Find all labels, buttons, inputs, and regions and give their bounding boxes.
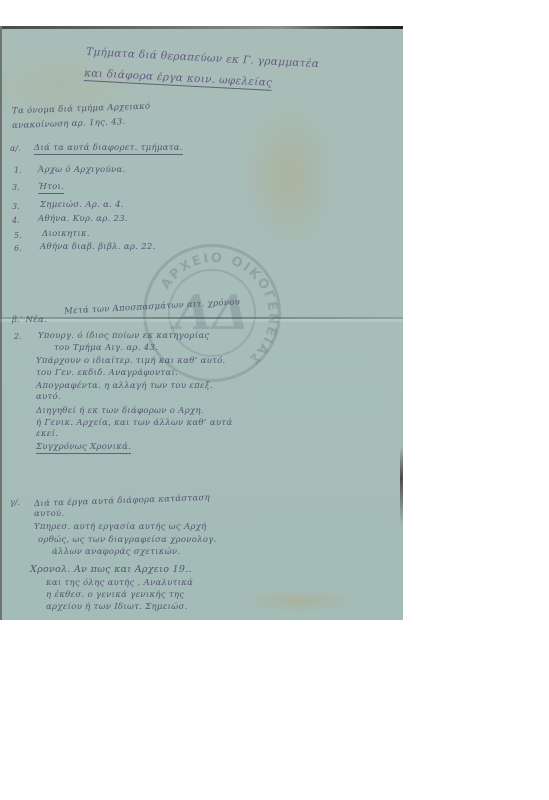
list-item: Άρχω ό Αρχιγούνα. bbox=[38, 165, 125, 175]
list-item-text: Ήτοι. bbox=[38, 182, 64, 194]
section-b-line: του Τμήμα Αιγ. αρ. 43. bbox=[54, 343, 158, 353]
list-item-number: 5. bbox=[14, 231, 22, 240]
list-item-number: 4. bbox=[12, 216, 20, 225]
page-left-edge bbox=[0, 26, 2, 620]
section-b-line: Υπάρχουν ο ιδιαίτερ. τιμή και καθ’ αυτό. bbox=[36, 356, 226, 366]
section-b-line: Απογραφέντα. η αλλαγή των του επεξ. bbox=[36, 381, 213, 391]
section-c-line: ορθώς, ως των διαγραφείσα χρονολογ. bbox=[38, 535, 217, 545]
section-c-line: αυτού. bbox=[34, 509, 64, 519]
title-line-2: και διάφορα έργα κοιν. ωφελείας bbox=[84, 67, 273, 89]
scanned-document-page: ΑΡΧΕΙΟ ΟΙΚΟΓΕΝΕΙΑΣ ΑΔ Τμήματα διά θεραπε… bbox=[0, 26, 403, 620]
section-c-line: Διά τα έργα αυτά διάφορα κατάσταση bbox=[34, 493, 210, 509]
list-item: Ήτοι. bbox=[38, 182, 64, 192]
list-item: Σημειώσ. Αρ. α. 4. bbox=[40, 200, 124, 210]
list-item: Αθήνα. Κυρ. αρ. 23. bbox=[38, 214, 128, 224]
list-item-number: 6. bbox=[14, 244, 22, 253]
list-item: Αθήνα διαβ. βιβλ. αρ. 22. bbox=[40, 242, 156, 252]
paper-fold-line bbox=[0, 317, 403, 319]
section-c-marker: γ/. bbox=[10, 498, 20, 507]
list-item: Διοικητικ. bbox=[42, 229, 90, 239]
section-a-heading-text: Διά τα αυτά διαφορετ. τμήματα. bbox=[34, 143, 183, 155]
section-c-line: Χρονολ. Αν πως και Αρχειο 19.. bbox=[30, 564, 192, 575]
intro-line-2: ανακοίνωση αρ. 1ης. 43. bbox=[12, 117, 126, 131]
intro-line-1: Τα όνομα διά τμήμα Αρχειακό bbox=[12, 102, 151, 117]
section-b-subheading: β.′ Νέα. bbox=[12, 315, 47, 325]
list-item-number: 3. bbox=[12, 202, 20, 211]
section-a-marker: α/. bbox=[10, 144, 21, 153]
page-right-edge-shadow bbox=[400, 446, 403, 526]
section-b-line: Διηγηθεί ή εκ των διάφορων ο Αρχη. bbox=[36, 406, 204, 416]
section-b-line: Συγχρόνως Χρονικά. bbox=[36, 442, 131, 452]
page-top-edge-shadow bbox=[0, 26, 403, 29]
section-c-line: Υπηρεσ. αυτή εργασία αυτής ως Αρχή bbox=[34, 522, 207, 532]
section-c-line: και της όλης αυτής , Αναλυτικά bbox=[46, 578, 193, 588]
title-line-1: Τμήματα διά θεραπεύων εκ Γ. γραμματέα bbox=[86, 46, 320, 70]
section-b-line: αυτό. bbox=[36, 392, 61, 402]
section-b-line-text: Συγχρόνως Χρονικά. bbox=[36, 442, 131, 454]
stamp-monogram: ΑΔ bbox=[168, 269, 256, 357]
section-c-line: η έκθεσ. ο γενικά γενικής της bbox=[46, 590, 184, 600]
section-a-heading: Διά τα αυτά διαφορετ. τμήματα. bbox=[34, 143, 183, 153]
section-b-line: ή Γενικ. Αρχεία, και των άλλων καθ’ αυτά bbox=[36, 418, 232, 428]
section-b-line: Υπουργ. ό ίδιος ποίων εκ κατηγορίας bbox=[38, 331, 209, 341]
list-item-number: 1. bbox=[14, 166, 22, 175]
section-c-line: άλλων αναφοράς σχετικών. bbox=[52, 547, 180, 557]
title-line-2-text: και διάφορα έργα κοιν. ωφελείας bbox=[84, 67, 273, 91]
section-b-line: εκεί. bbox=[36, 429, 58, 439]
section-b-marker: 2. bbox=[14, 332, 22, 341]
list-item-number: 3. bbox=[12, 183, 20, 192]
section-c-line: αρχείου ή των Ιδιωτ. Σημειώσ. bbox=[46, 602, 188, 612]
section-b-line: του Γεν. εκδιδ. Αναγράφονται. bbox=[36, 368, 178, 378]
